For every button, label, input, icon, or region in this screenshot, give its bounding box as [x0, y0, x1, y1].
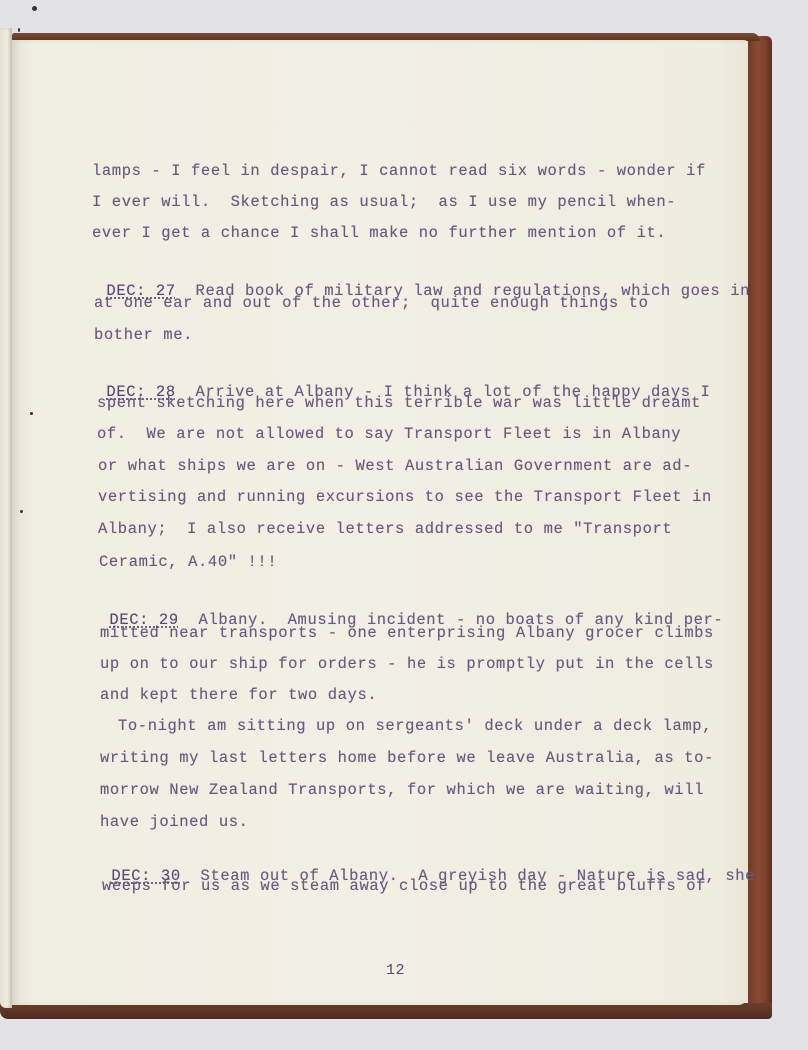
text-line: writing my last letters home before we l… [100, 748, 714, 768]
dust-speck [32, 6, 37, 11]
text-line: I ever will. Sketching as usual; as I us… [92, 192, 676, 212]
text-line: ever I get a chance I shall make no furt… [92, 223, 666, 243]
text-line: at one ear and out of the other; quite e… [94, 293, 648, 313]
page-number: 12 [386, 962, 405, 979]
text-line: up on to our ship for orders - he is pro… [100, 654, 714, 674]
ink-speck [20, 510, 23, 513]
text-line: mitted near transports - one enterprisin… [100, 623, 714, 643]
text-line: Albany; I also receive letters addressed… [98, 519, 672, 539]
text-line: or what ships we are on - West Australia… [98, 456, 692, 476]
ink-speck [30, 412, 33, 415]
facing-page-edge [0, 28, 12, 1008]
diary-entry-dec-28: DEC: 28 Arrive at Albany - I think a lot… [47, 362, 710, 422]
text-line: vertising and running excursions to see … [98, 487, 712, 507]
text-line: weeps for us as we steam away close up t… [102, 876, 706, 896]
text-line: spent sketching here when this terrible … [97, 393, 701, 413]
text-line: and kept there for two days. [100, 685, 377, 705]
text-line: bother me. [94, 325, 193, 345]
book-cover-bottom-edge [0, 1003, 772, 1019]
dust-speck [18, 28, 20, 32]
text-line: To-night am sitting up on sergeants' dec… [118, 716, 712, 736]
text-line: morrow New Zealand Transports, for which… [100, 780, 704, 800]
text-line: of. We are not allowed to say Transport … [97, 424, 681, 444]
text-line: Ceramic, A.40" !!! [99, 552, 277, 572]
text-line: have joined us. [100, 812, 249, 832]
diary-page: lamps - I feel in despair, I cannot read… [12, 40, 748, 1005]
text-line: lamps - I feel in despair, I cannot read… [92, 161, 706, 181]
